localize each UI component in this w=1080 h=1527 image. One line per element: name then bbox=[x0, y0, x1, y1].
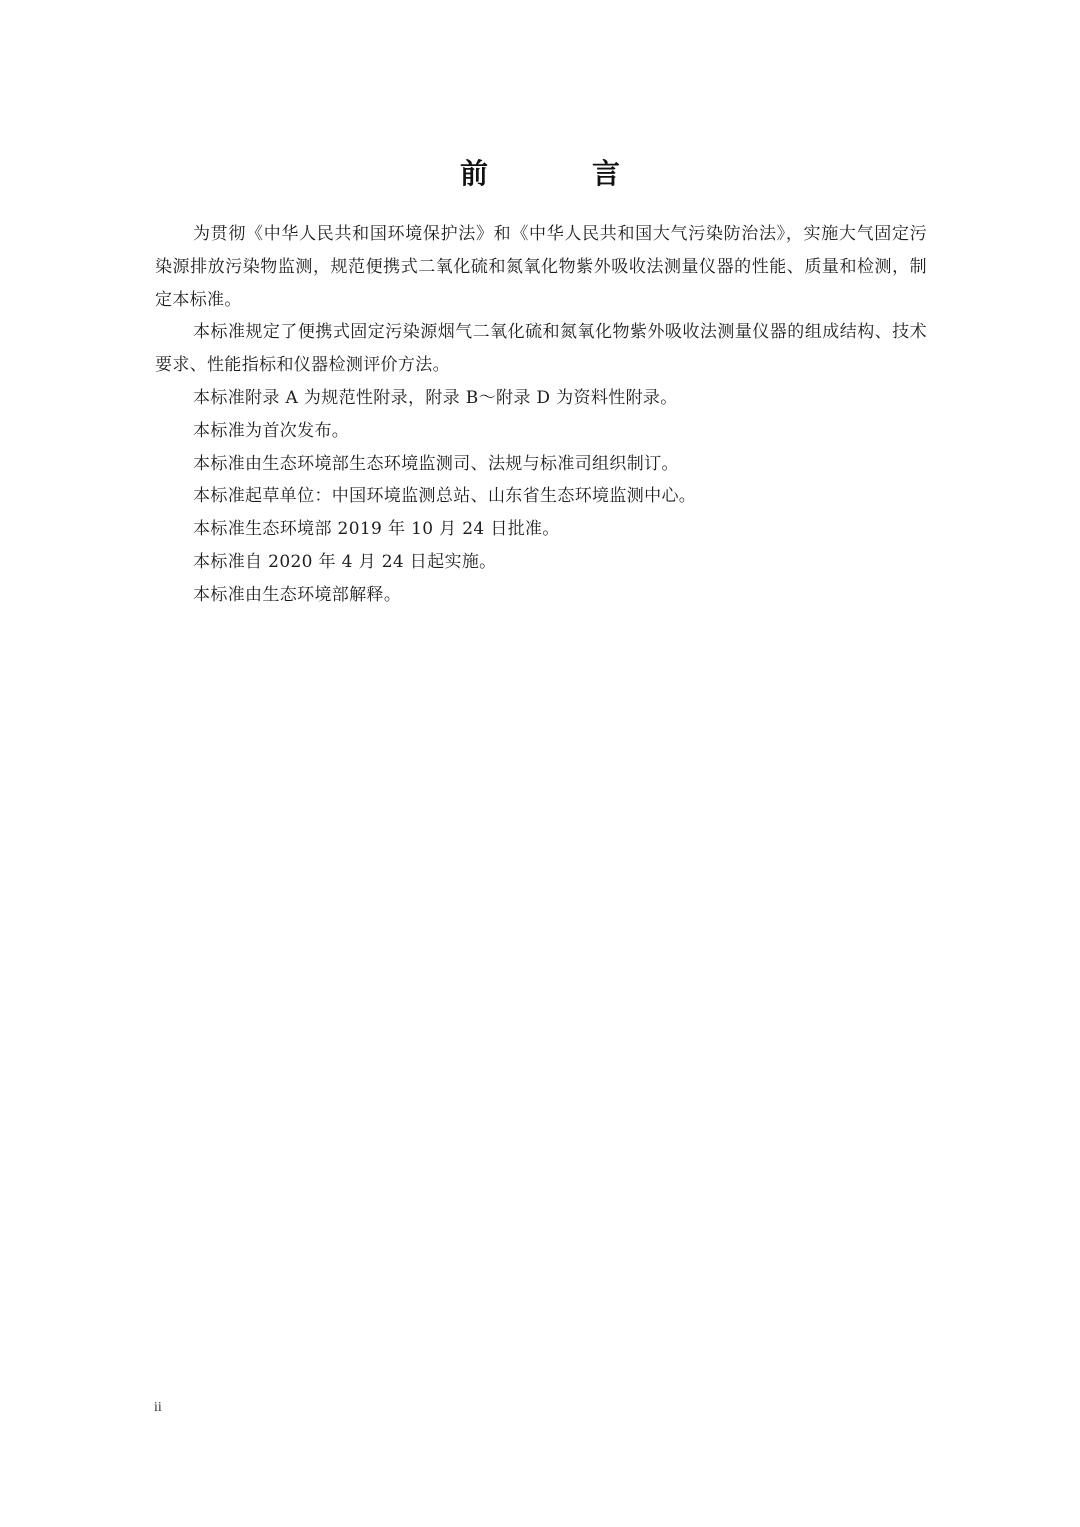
foreword-body: 为贯彻《中华人民共和国环境保护法》和《中华人民共和国大气污染防治法》，实施大气固… bbox=[155, 218, 927, 612]
paragraph-drafting-units: 本标准起草单位：中国环境监测总站、山东省生态环境监测中心。 bbox=[155, 480, 927, 513]
page-number: ii bbox=[154, 1400, 162, 1416]
paragraph-interpretation: 本标准由生态环境部解释。 bbox=[155, 579, 927, 612]
paragraph-appendices: 本标准附录 A 为规范性附录，附录 B～附录 D 为资料性附录。 bbox=[155, 382, 927, 415]
page-title: 前 言 bbox=[0, 154, 1080, 194]
paragraph-scope: 本标准规定了便携式固定污染源烟气二氧化硫和氮氧化物紫外吸收法测量仪器的组成结构、… bbox=[155, 316, 927, 382]
paragraph-organizer: 本标准由生态环境部生态环境监测司、法规与标准司组织制订。 bbox=[155, 448, 927, 481]
paragraph-approval-date: 本标准生态环境部 2019 年 10 月 24 日批准。 bbox=[155, 513, 927, 546]
paragraph-effective-date: 本标准自 2020 年 4 月 24 日起实施。 bbox=[155, 546, 927, 579]
paragraph-first-release: 本标准为首次发布。 bbox=[155, 415, 927, 448]
paragraph-purpose: 为贯彻《中华人民共和国环境保护法》和《中华人民共和国大气污染防治法》，实施大气固… bbox=[155, 218, 927, 316]
